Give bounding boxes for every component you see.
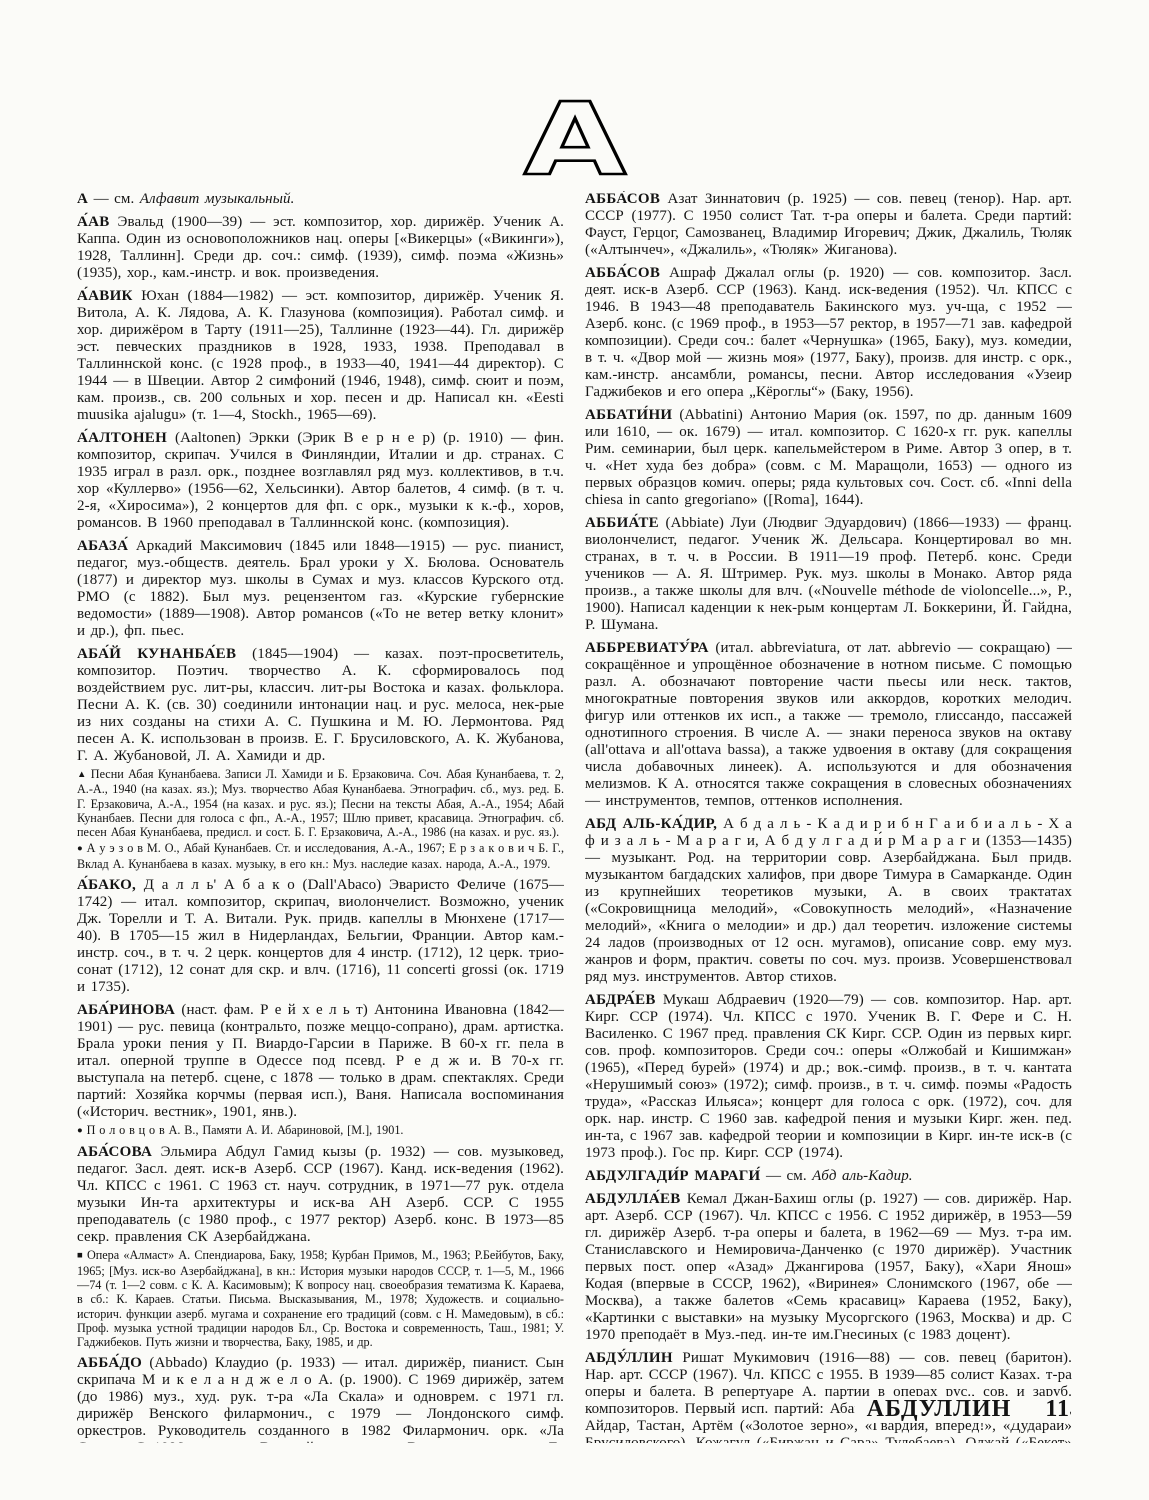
entry-headword: АББА́ДО [77, 1355, 142, 1371]
entry-paragraph: АББА́СОВ Азат Зиннатович (р. 1925) — сов… [585, 191, 1072, 259]
bibliography-text: Песни Абая Кунанбаева. Записи Л. Хамиди … [77, 767, 564, 839]
entry-paragraph: АББИА́ТЕ (Abbiate) Луи (Людвиг Эдуардови… [585, 515, 1072, 634]
page-footer: АБДУЛЛИН11 [855, 1396, 1070, 1423]
bibliography-paragraph: ● А у э з о в М. О., Абай Кунанбаев. Ст.… [77, 841, 564, 871]
entry-body: Юхан (1884—1982) — эст. композитор, дири… [77, 288, 564, 423]
left-column: А — см. Алфавит музыкальный.А́АВ Эвальд … [77, 191, 564, 1443]
entry-headword: АББАТИ́НИ [585, 407, 672, 423]
entry-body: (итал. abbreviatura, от лат. abbrevio — … [585, 640, 1072, 809]
entry-body: А б д а л ь - К а д и р и б н Г а и б и … [585, 816, 1072, 985]
page-number: 11 [1045, 1396, 1070, 1422]
entry-headword: А́АЛТОНЕН [77, 430, 167, 446]
entry-paragraph: АББАТИ́НИ (Abbatini) Антонио Мария (ок. … [585, 407, 1072, 509]
section-letter-figure: А [505, 78, 645, 190]
entry-headword: АБД АЛЬ-КА́ДИР, [585, 816, 717, 832]
encyclopedia-page: А А — см. Алфавит музыкальный.А́АВ Эваль… [0, 0, 1149, 1500]
entry-paragraph: АБАЗА́ Аркадий Максимович (1845 или 1848… [77, 538, 564, 640]
entry-headword: АББИА́ТЕ [585, 515, 659, 531]
entry-crossref: Абд аль-Кадир. [812, 1168, 912, 1184]
entry-paragraph: АБА́Й КУНАНБА́ЕВ (1845—1904) — казах. по… [77, 646, 564, 765]
bibliography-paragraph: ● П о л о в ц о в А. В., Памяти А. И. Аб… [77, 1123, 564, 1138]
dictionary-entry: АББИА́ТЕ (Abbiate) Луи (Людвиг Эдуардови… [585, 515, 1072, 634]
bibliography-marker-icon: ▲ [77, 768, 86, 782]
entry-headword: АБАЗА́ [77, 538, 128, 554]
dictionary-entry: АББРЕВИАТУ́РА (итал. abbreviatura, от ла… [585, 640, 1072, 810]
dictionary-entry: АБАЗА́ Аркадий Максимович (1845 или 1848… [77, 538, 564, 640]
entry-body: Ашраф Джалал оглы (р. 1920) — сов. компо… [585, 265, 1072, 400]
entry-body: Д а л л ь' А б а к о (Dall'Abaco) Эварис… [77, 877, 564, 995]
entry-paragraph: АББА́СОВ Ашраф Джалал оглы (р. 1920) — с… [585, 265, 1072, 401]
entry-body: — см. [766, 1168, 812, 1184]
entry-paragraph: А́БАКО, Д а л л ь' А б а к о (Dall'Abaco… [77, 877, 564, 996]
bibliography-marker-icon: ■ [77, 1249, 83, 1263]
dictionary-entry: АБА́РИНОВА (наст. фам. Р е й х е л ь т) … [77, 1002, 564, 1138]
dictionary-entry: АБА́СОВА Эльмира Абдул Гамид кызы (р. 19… [77, 1144, 564, 1349]
entry-paragraph: А́АВИК Юхан (1884—1982) — эст. композито… [77, 288, 564, 424]
entry-body: Эвальд (1900—39) — эст. композитор, хор.… [77, 214, 564, 281]
entry-paragraph: А — см. Алфавит музыкальный. [77, 191, 564, 208]
entry-headword: А́БАКО, [77, 877, 136, 893]
entry-paragraph: А́АЛТОНЕН (Aaltonen) Эркки (Эрик В е р н… [77, 430, 564, 532]
entry-headword: АББА́СОВ [585, 265, 660, 281]
entry-body: (Abbiate) Луи (Людвиг Эдуардович) (1866—… [585, 515, 1072, 633]
entry-headword: А́АВИК [77, 288, 133, 304]
entry-paragraph: АББА́ДО (Abbado) Клаудио (р. 1933) — ита… [77, 1355, 564, 1443]
bibliography-text: А у э з о в М. О., Абай Кунанбаев. Ст. и… [77, 841, 564, 870]
entry-paragraph: АББРЕВИАТУ́РА (итал. abbreviatura, от ла… [585, 640, 1072, 810]
dictionary-entry: АББАТИ́НИ (Abbatini) Антонио Мария (ок. … [585, 407, 1072, 509]
entry-body: (Abbado) Клаудио (р. 1933) — итал. дириж… [77, 1355, 564, 1443]
entry-body: Мукаш Абдраевич (1920—79) — сов. компози… [585, 992, 1072, 1161]
entry-headword: АБА́СОВА [77, 1144, 152, 1160]
bibliography-marker-icon: ● [77, 842, 83, 856]
dictionary-entry: АБДУЛЛА́ЕВ Кемал Джан-Бахиш оглы (р. 192… [585, 1191, 1072, 1344]
entry-headword: АБА́РИНОВА [77, 1002, 175, 1018]
dictionary-entry: АБД АЛЬ-КА́ДИР, А б д а л ь - К а д и р … [585, 816, 1072, 986]
entry-crossref: Алфавит музыкальный. [140, 191, 295, 207]
entry-body: (1845—1904) — казах. поэт-просветитель, … [77, 646, 564, 764]
entry-paragraph: АБДУЛГАДИ́Р МАРАГИ́ — см. Абд аль-Кадир. [585, 1168, 1072, 1185]
dictionary-entry: АБДУЛГАДИ́Р МАРАГИ́ — см. Абд аль-Кадир. [585, 1168, 1072, 1185]
dictionary-entry: А́АЛТОНЕН (Aaltonen) Эркки (Эрик В е р н… [77, 430, 564, 532]
dictionary-entry: А — см. Алфавит музыкальный. [77, 191, 564, 208]
two-column-text: А — см. Алфавит музыкальный.А́АВ Эвальд … [77, 191, 1072, 1443]
dictionary-entry: АБДРА́ЕВ Мукаш Абдраевич (1920—79) — сов… [585, 992, 1072, 1162]
entry-headword: АБДРА́ЕВ [585, 992, 656, 1008]
entry-body: Аркадий Максимович (1845 или 1848—1915) … [77, 538, 564, 639]
entry-paragraph: АБД АЛЬ-КА́ДИР, А б д а л ь - К а д и р … [585, 816, 1072, 986]
outlined-letter-A: А [505, 78, 645, 190]
entry-headword: А [77, 191, 88, 207]
bibliography-text: Опера «Алмаст» А. Спендиарова, Баку, 195… [77, 1248, 564, 1349]
entry-headword: АББРЕВИАТУ́РА [585, 640, 709, 656]
entry-paragraph: А́АВ Эвальд (1900—39) — эст. композитор,… [77, 214, 564, 282]
entry-paragraph: АБДРА́ЕВ Мукаш Абдраевич (1920—79) — сов… [585, 992, 1072, 1162]
entry-headword: АБДУ́ЛЛИН [585, 1350, 673, 1366]
dictionary-entry: АББА́СОВ Азат Зиннатович (р. 1925) — сов… [585, 191, 1072, 259]
dictionary-entry: А́АВ Эвальд (1900—39) — эст. композитор,… [77, 214, 564, 282]
dictionary-entry: АББА́ДО (Abbado) Клаудио (р. 1933) — ита… [77, 1355, 564, 1443]
dictionary-entry: АББА́СОВ Ашраф Джалал оглы (р. 1920) — с… [585, 265, 1072, 401]
entry-body: (наст. фам. Р е й х е л ь т) Антонина Ив… [77, 1002, 564, 1120]
entry-headword: АБДУЛГАДИ́Р МАРАГИ́ [585, 1168, 761, 1184]
bibliography-paragraph: ■ Опера «Алмаст» А. Спендиарова, Баку, 1… [77, 1248, 564, 1349]
bibliography-marker-icon: ● [77, 1124, 83, 1138]
entry-headword: А́АВ [77, 214, 110, 230]
entry-paragraph: АБДУЛЛА́ЕВ Кемал Джан-Бахиш оглы (р. 192… [585, 1191, 1072, 1344]
entry-paragraph: АБА́СОВА Эльмира Абдул Гамид кызы (р. 19… [77, 1144, 564, 1246]
entry-headword: АБДУЛЛА́ЕВ [585, 1191, 681, 1207]
bibliography-text: П о л о в ц о в А. В., Памяти А. И. Абар… [87, 1123, 404, 1137]
dictionary-entry: А́АВИК Юхан (1884—1982) — эст. композито… [77, 288, 564, 424]
entry-paragraph: АБА́РИНОВА (наст. фам. Р е й х е л ь т) … [77, 1002, 564, 1121]
footer-keyword: АБДУЛЛИН [867, 1396, 1012, 1422]
dictionary-entry: А́БАКО, Д а л л ь' А б а к о (Dall'Abaco… [77, 877, 564, 996]
entry-body: — см. [94, 191, 140, 207]
entry-headword: АББА́СОВ [585, 191, 660, 207]
entry-headword: АБА́Й КУНАНБА́ЕВ [77, 646, 236, 662]
entry-body: Кемал Джан-Бахиш оглы (р. 1927) — сов. д… [585, 1191, 1072, 1343]
section-letter-glyph: А [524, 81, 627, 190]
dictionary-entry: АБА́Й КУНАНБА́ЕВ (1845—1904) — казах. по… [77, 646, 564, 871]
right-column: АББА́СОВ Азат Зиннатович (р. 1925) — сов… [585, 191, 1072, 1443]
bibliography-paragraph: ▲ Песни Абая Кунанбаева. Записи Л. Хамид… [77, 767, 564, 839]
